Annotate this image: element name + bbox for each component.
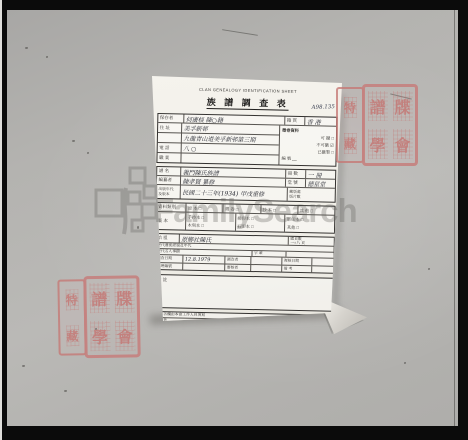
section-holder-info: 保存者 何廣棪 陳○籍 籍 貫 香 港 住 址 美孚新邨 九龍青山道美孚新邨第三… — [156, 113, 337, 167]
holder-address-block: 住 址 美孚新邨 九龍青山道美孚新邨第三期 電 話 八 ○ 職 業 — [157, 123, 280, 165]
section-remarks: 備 註 — [153, 274, 334, 312]
seal-character: 學 — [365, 125, 390, 163]
section-ancestry-survey: 始 祖 原鄉社陳氏 總頁數 一○八 頁 歷代遷徙經過及年代 歷代名人事蹟 字 輩 — [154, 233, 335, 274]
section-genealogy-title: 譜 名 義門陳氏族譜 冊 數 一 冊 編纂者 陳孝賢 纂修 堂 號 德星堂 出版… — [156, 166, 337, 203]
checkbox-option: 原 本 □ — [188, 204, 201, 211]
dust-speck — [72, 140, 75, 142]
field-label: 職 業 — [159, 155, 169, 161]
handwritten-value: 一○八 頁 — [290, 241, 305, 246]
archive-seal-stamp-bottom-left: 特 藏 譜 牒 學 會 — [57, 275, 136, 356]
film-border-left — [2, 0, 7, 440]
film-scratch — [222, 29, 258, 36]
field-label: 住 址 — [160, 125, 170, 131]
checkbox-option: 石印本 □ — [237, 223, 253, 230]
handwritten-survey-date: 12.8.1979 — [185, 256, 211, 263]
photographed-document-scan: CLAN GENEALOGY IDENTIFICATION SHEET 族 譜 … — [0, 0, 468, 440]
field-label: 始 祖 — [157, 235, 167, 241]
seal-character: 藏 — [64, 322, 80, 348]
dust-speck — [87, 152, 89, 154]
field-label: 版 本 — [158, 218, 168, 224]
seal-character: 牒 — [111, 278, 137, 316]
genealogy-form-document: CLAN GENEALOGY IDENTIFICATION SHEET 族 譜 … — [143, 73, 349, 327]
dust-speck — [404, 362, 406, 364]
field-label: 及版本 — [158, 192, 169, 196]
checkbox-option: 手抄本 □ — [188, 213, 204, 220]
seal-character: 學 — [87, 317, 113, 355]
handwritten-value: 陳孝賢 纂修 — [182, 177, 214, 186]
section-material-type: 資料類別 原 本 □ 微 卷 □ 抄 本 □ 其 他 □ 版 本 手抄本 □ 木… — [155, 202, 336, 234]
handwritten-value: 何廣棪 陳○籍 — [186, 115, 223, 124]
dust-speck — [428, 268, 430, 270]
office-use-note: 以下各欄由本會工作人員填寫 — [156, 312, 205, 317]
seal-character: 會 — [112, 316, 138, 354]
special-collection-seal: 特 藏 — [336, 87, 364, 163]
field-label: 譜 名 — [159, 168, 169, 174]
seal-character: 特 — [342, 94, 358, 120]
archive-seal-stamp-top-right: 特 藏 譜 牒 學 會 — [336, 84, 414, 164]
field-label: 備 註 — [157, 277, 167, 283]
familysearch-tree-logo-icon — [88, 160, 160, 248]
genealogy-society-seal: 譜 牒 學 會 — [83, 275, 140, 358]
field-label: 整理編號 — [157, 264, 172, 269]
field-label: 調查者 — [227, 258, 238, 262]
field-label: 歷代遷徙經過及年代 — [157, 243, 191, 248]
approval-checkbox: 核 准 ☑ — [155, 325, 168, 329]
handwritten-ref-number: A98.135 — [311, 104, 334, 111]
seal-character: 特 — [63, 286, 79, 312]
checkbox-option: 其 他 □ — [300, 206, 313, 213]
checkbox-option: 抄 本 □ — [262, 206, 275, 213]
field-label: 備 考 — [284, 267, 293, 271]
field-label: 資料類別 — [158, 204, 176, 210]
dust-speck — [25, 47, 28, 49]
handwritten-value: 香 港 — [307, 117, 321, 126]
film-edge-highlight — [0, 0, 2, 440]
field-label: 編纂者 — [158, 177, 172, 183]
field-label: 冊 數 — [288, 171, 298, 177]
dust-speck — [64, 390, 67, 392]
handwritten-value: 一 冊 — [308, 170, 322, 179]
checkbox-option: 微 卷 □ — [225, 205, 238, 212]
handwritten-value: 美孚新邨 — [184, 124, 208, 134]
dust-speck — [22, 365, 25, 367]
field-label: 歷代名人事蹟 — [157, 249, 180, 254]
dust-speck — [137, 226, 139, 229]
microfilm-record-box: 微卷資料 可 攝 □ 不可攝 ☑ 已攝製 □ 編 號 __ — [279, 126, 336, 166]
checkbox-option: 木刻本 □ — [188, 222, 204, 229]
checkbox-option: 影印本 □ — [287, 215, 303, 222]
film-border-bottom — [0, 426, 468, 440]
handwritten-value: 八 ○ — [183, 144, 196, 153]
handwritten-value: 民國二十三年(1934) 甲戌重修 — [182, 188, 264, 199]
field-label: 堂 號 — [287, 180, 297, 186]
field-label: 調查日期 — [157, 256, 172, 261]
form-header-english: CLAN GENEALOGY IDENTIFICATION SHEET — [158, 86, 338, 95]
field-label: 電 話 — [159, 145, 169, 151]
checkbox-option: 其他 □ — [287, 224, 299, 231]
field-label: 編 號 — [199, 326, 208, 330]
seal-character: 藏 — [342, 130, 358, 156]
film-seam-line — [454, 10, 455, 426]
field-label: 保存者 — [160, 115, 174, 121]
film-border-right — [458, 0, 468, 440]
handwritten-value: 義門陳氏族譜 — [183, 168, 219, 177]
checkbox-line: 編 號 __ — [281, 155, 333, 163]
checkbox-option: 排印本 □ — [237, 214, 253, 221]
field-label: 複核日期 — [284, 259, 299, 264]
handwritten-value: 九龍青山道美孚新邨第三期 — [183, 134, 255, 145]
field-label: 字 輩 — [254, 251, 263, 255]
field-label: 攝製日期 — [259, 321, 274, 326]
special-collection-seal: 特 藏 — [57, 279, 86, 355]
seal-character: 譜 — [365, 87, 390, 125]
handwritten-value: 德星堂 — [307, 179, 325, 188]
seal-character: 牒 — [390, 87, 415, 125]
document-content: CLAN GENEALOGY IDENTIFICATION SHEET 族 譜 … — [153, 86, 338, 335]
field-label: 版片數 — [289, 194, 300, 198]
field-label: 審核者 — [227, 265, 238, 269]
seal-character: 譜 — [86, 279, 112, 317]
film-border-top — [0, 0, 468, 10]
genealogy-society-seal: 譜 牒 學 會 — [362, 84, 418, 166]
seal-character: 會 — [390, 125, 415, 163]
dust-speck — [46, 56, 48, 58]
handwritten-value: 原鄉社陳氏 — [181, 234, 211, 243]
field-label: 籍 貫 — [287, 118, 297, 124]
